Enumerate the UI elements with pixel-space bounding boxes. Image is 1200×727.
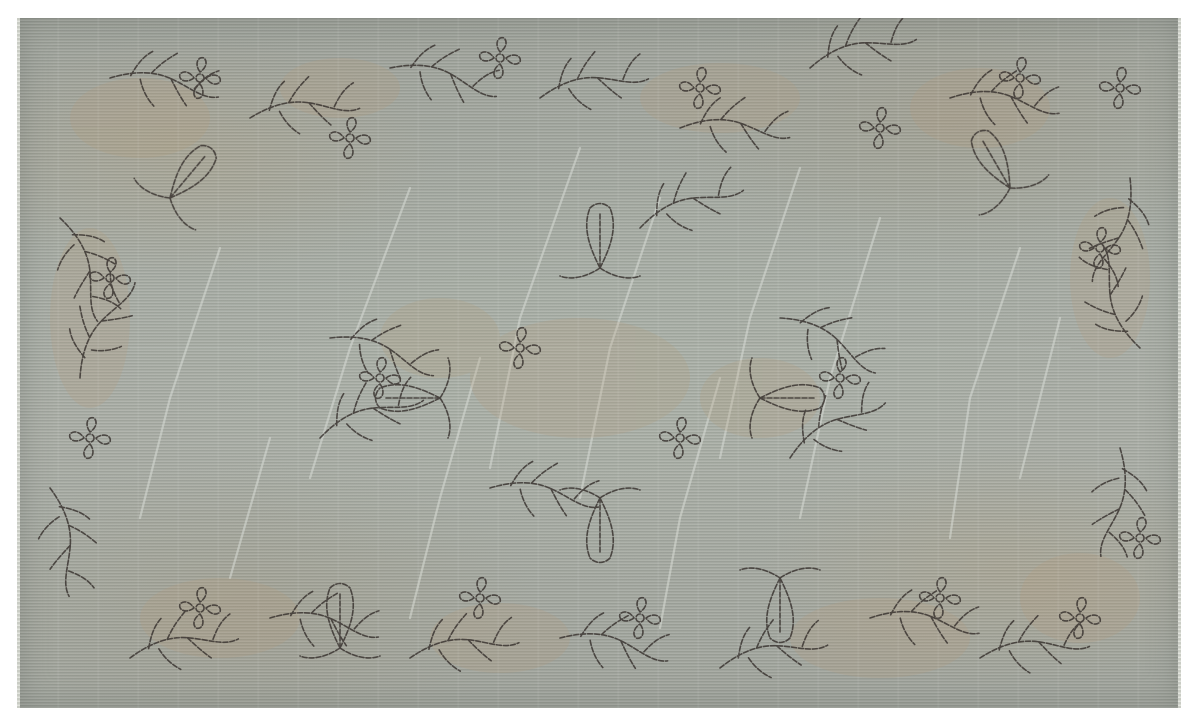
- rug: [20, 18, 1178, 708]
- product-photo: [0, 0, 1200, 727]
- rug-floral-pattern: [20, 18, 1178, 708]
